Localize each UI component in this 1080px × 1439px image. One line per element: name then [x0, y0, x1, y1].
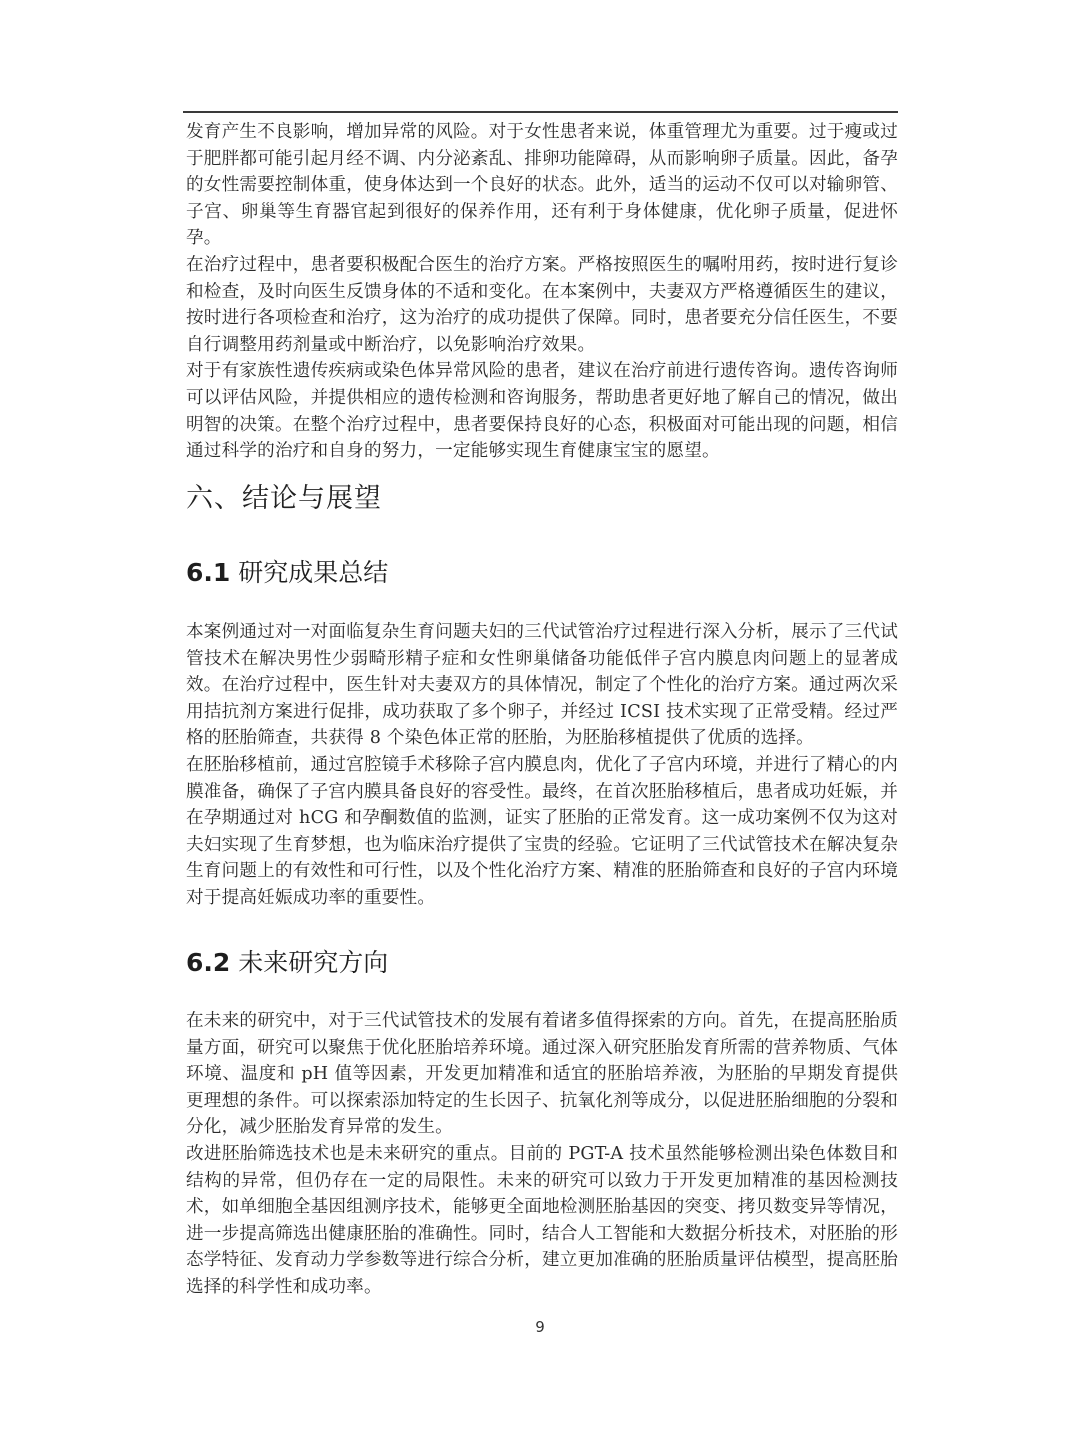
section-heading-6-1: 6.1 研究成果总结	[186, 553, 898, 589]
paragraph: 发育产生不良影响，增加异常的风险。对于女性患者来说，体重管理尤为重要。过于瘦或过…	[186, 119, 898, 252]
section-number: 6.2	[186, 948, 230, 977]
chapter-title: 六、结论与展望	[186, 476, 898, 515]
header-rule	[183, 111, 898, 113]
section-heading-6-2: 6.2 未来研究方向	[186, 943, 898, 979]
section-title: 6.1 研究成果总结	[186, 553, 898, 589]
paragraph: 对于有家族性遗传疾病或染色体异常风险的患者，建议在治疗前进行遗传咨询。遗传咨询师…	[186, 358, 898, 464]
section-6-2-body: 在未来的研究中，对于三代试管技术的发展有着诸多值得探索的方向。首先，在提高胚胎质…	[186, 1008, 898, 1301]
section-title: 6.2 未来研究方向	[186, 943, 898, 979]
paragraph: 在胚胎移植前，通过宫腔镜手术移除子宫内膜息肉，优化了子宫内环境，并进行了精心的内…	[186, 752, 898, 912]
paragraph: 在未来的研究中，对于三代试管技术的发展有着诸多值得探索的方向。首先，在提高胚胎质…	[186, 1008, 898, 1141]
paragraph: 本案例通过对一对面临复杂生育问题夫妇的三代试管治疗过程进行深入分析，展示了三代试…	[186, 619, 898, 752]
paragraph: 在治疗过程中，患者要积极配合医生的治疗方案。严格按照医生的嘱咐用药，按时进行复诊…	[186, 252, 898, 358]
chapter-heading: 六、结论与展望	[186, 476, 898, 515]
section-number: 6.1	[186, 558, 230, 587]
section-6-1-body: 本案例通过对一对面临复杂生育问题夫妇的三代试管治疗过程进行深入分析，展示了三代试…	[186, 619, 898, 912]
section-title-text: 未来研究方向	[238, 948, 388, 977]
page-number: 9	[0, 1318, 1080, 1336]
paragraph: 改进胚胎筛选技术也是未来研究的重点。目前的 PGT-A 技术虽然能够检测出染色体…	[186, 1141, 898, 1301]
section-title-text: 研究成果总结	[238, 558, 388, 587]
intro-text: 发育产生不良影响，增加异常的风险。对于女性患者来说，体重管理尤为重要。过于瘦或过…	[186, 119, 898, 465]
